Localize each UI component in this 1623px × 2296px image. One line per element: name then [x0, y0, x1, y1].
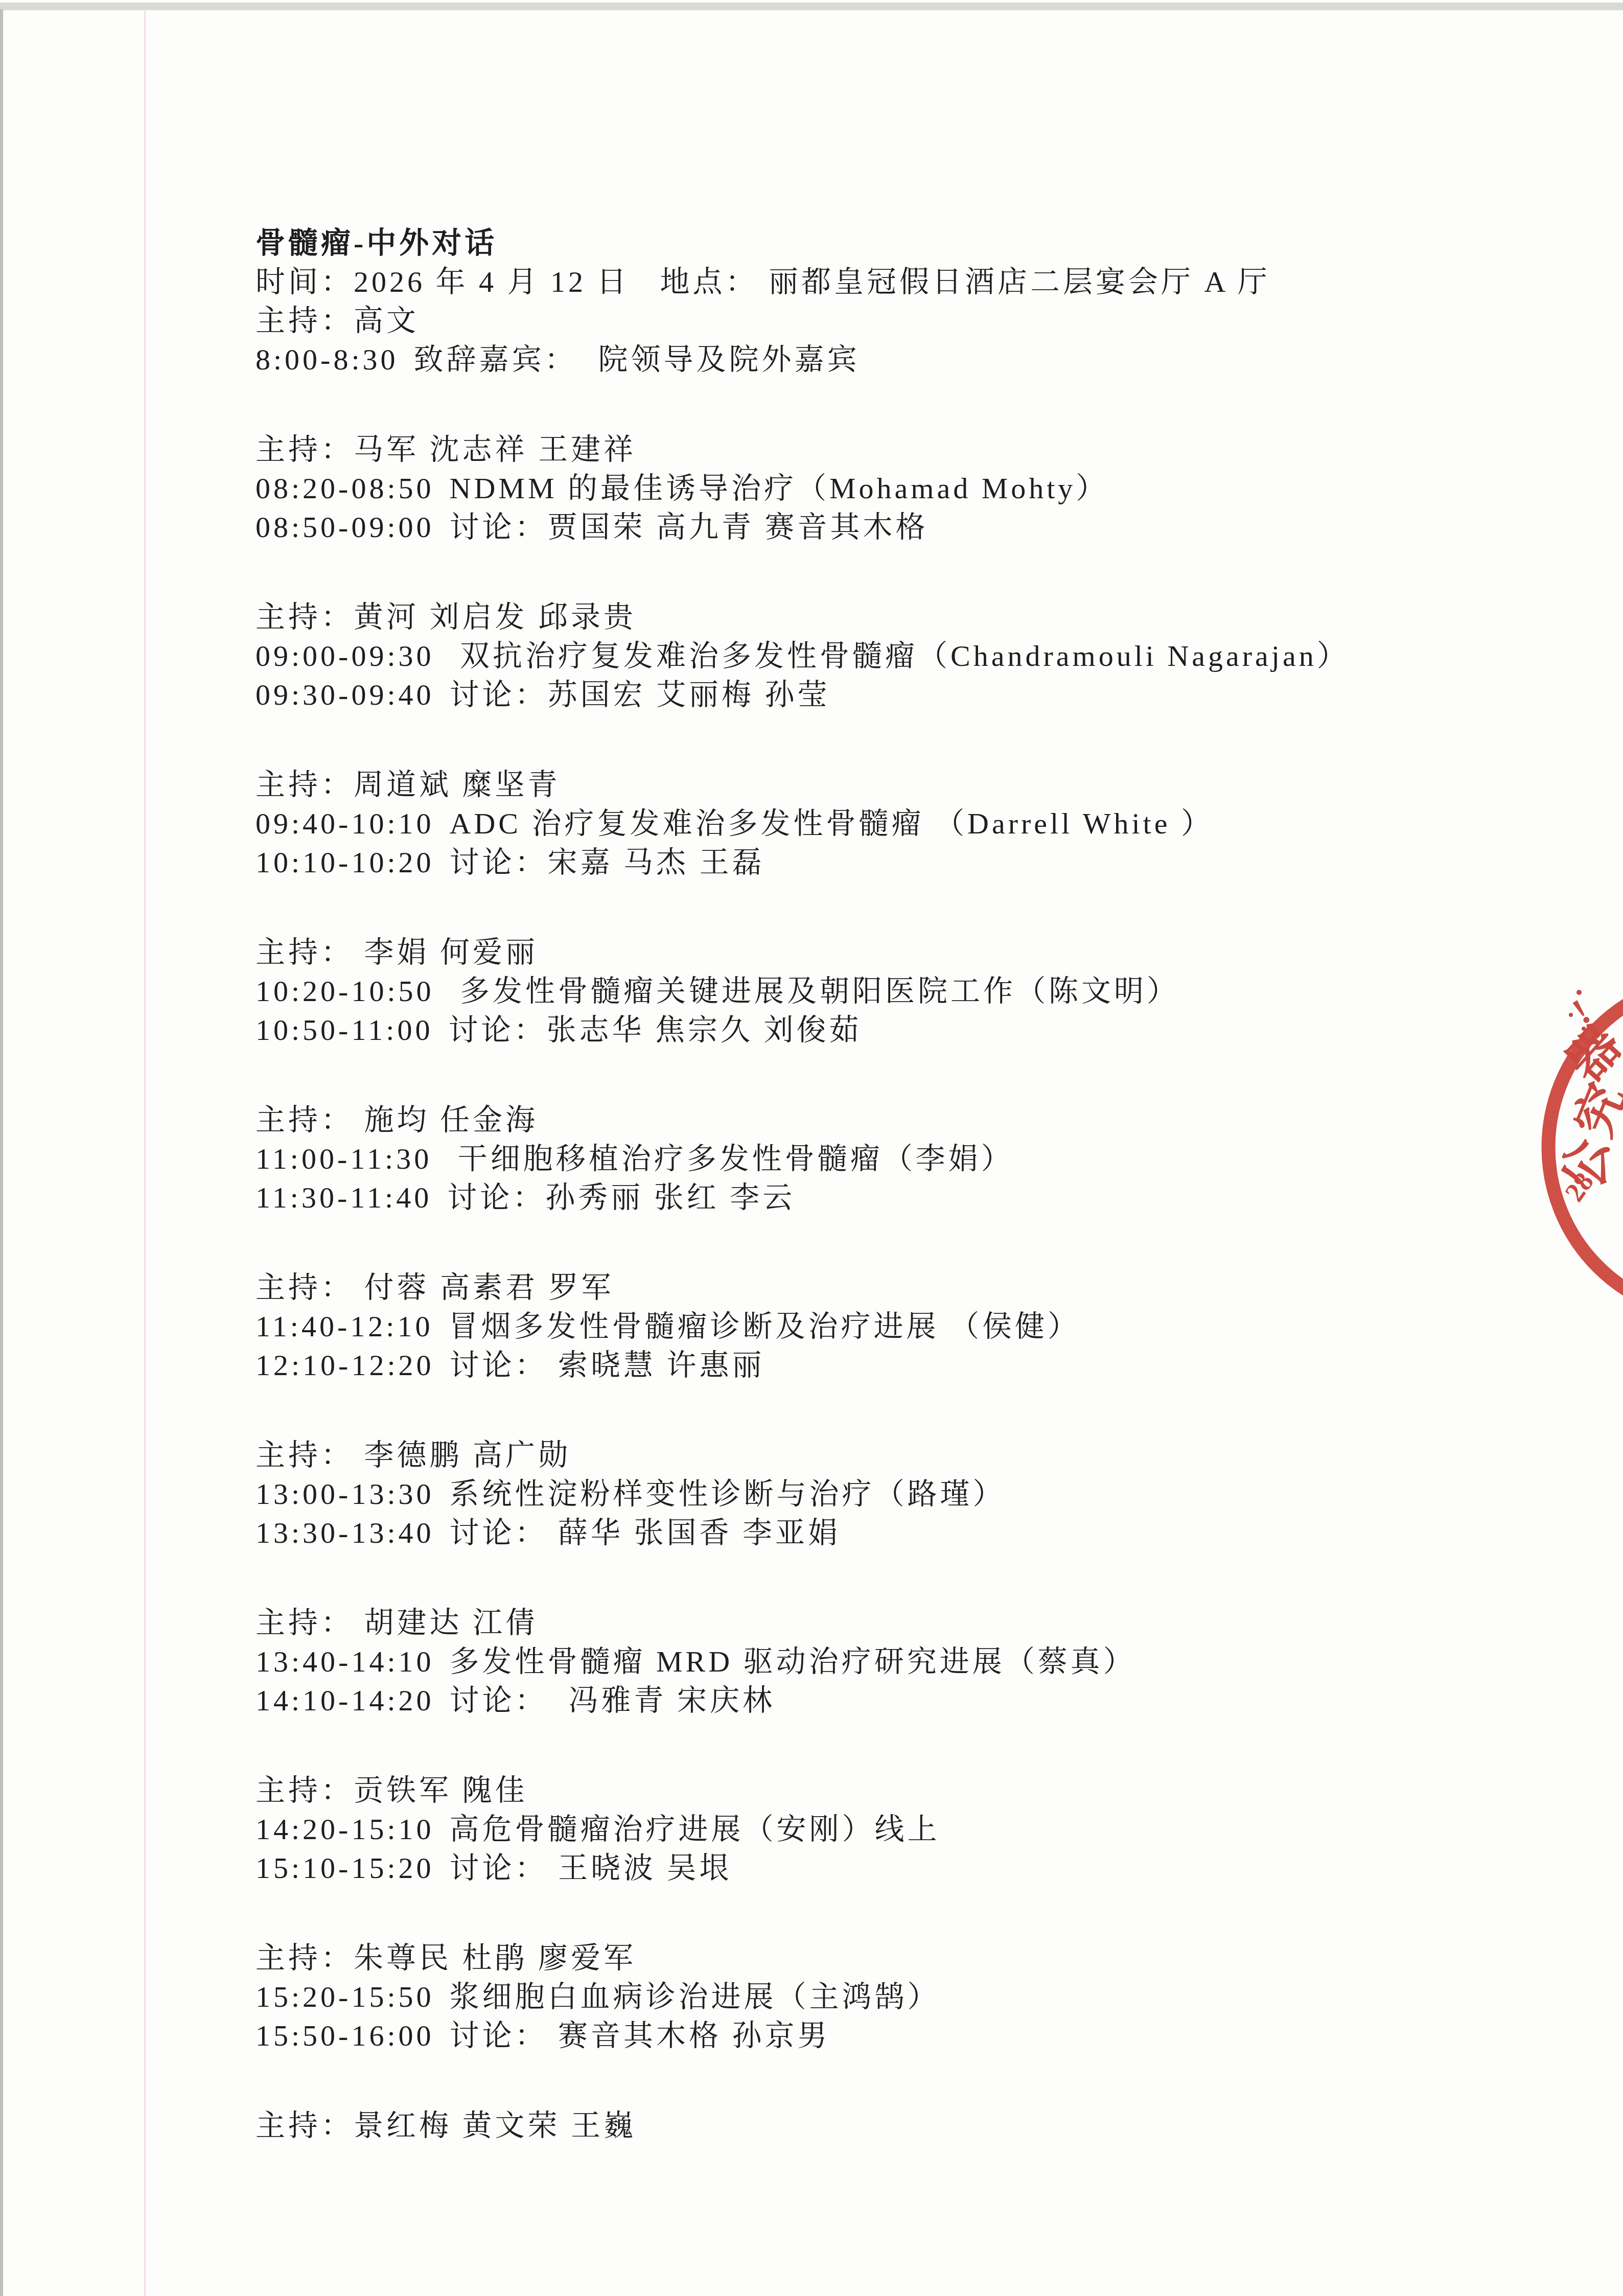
- session-row: 12:10-12:20讨论： 索晓慧 许惠丽: [256, 1346, 1533, 1385]
- session-text: 讨论： 薛华 张国香 李亚娟: [450, 1514, 841, 1552]
- session-text: 讨论：贾国荣 高九青 赛音其木格: [450, 508, 929, 547]
- session-time: 11:00-11:30: [256, 1140, 432, 1178]
- session-time: 09:40-10:10: [256, 804, 434, 843]
- session-row: 10:10-10:20讨论：宋嘉 马杰 王磊: [256, 843, 1533, 882]
- session-block: 主持： 李德鹏 高广勋 13:00-13:30系统性淀粉样变性诊断与治疗（路瑾）…: [256, 1436, 1533, 1552]
- document-body: 骨髓瘤-中外对话 时间：2026 年 4 月 12 日地点： 丽都皇冠假日酒店二…: [256, 224, 1533, 2196]
- session-block: 主持：黄河 刘启发 邱录贵 09:00-09:30 双抗治疗复发难治多发性骨髓瘤…: [256, 598, 1533, 714]
- session-row: 15:50-16:00讨论： 赛音其木格 孙京男: [256, 2016, 1533, 2055]
- session-text: 多发性骨髓瘤 MRD 驱动治疗研究进展（蔡真）: [450, 1642, 1136, 1681]
- session-row: 13:40-14:10多发性骨髓瘤 MRD 驱动治疗研究进展（蔡真）: [256, 1642, 1533, 1681]
- session-row: 14:10-14:20讨论： 冯雅青 宋庆林: [256, 1681, 1533, 1720]
- session-chairs: 主持：黄河 刘启发 邱录贵: [256, 598, 1533, 637]
- session-block: 主持： 付蓉 高素君 罗军 11:40-12:10冒烟多发性骨髓瘤诊断及治疗进展…: [256, 1268, 1533, 1385]
- session-chairs: 主持： 李娟 何爱丽: [256, 933, 1533, 972]
- session-row: 13:30-13:40讨论： 薛华 张国香 李亚娟: [256, 1514, 1533, 1552]
- meta-datetime: 时间：2026 年 4 月 12 日: [256, 265, 630, 298]
- session-text: 讨论：宋嘉 马杰 王磊: [450, 843, 765, 882]
- session-time: 13:40-14:10: [256, 1642, 434, 1681]
- session-time: 15:50-16:00: [256, 2016, 434, 2055]
- session-row: 15:10-15:20讨论： 王晓波 吴垠: [256, 1849, 1533, 1888]
- session-row: 8:00-8:30致辞嘉宾： 院领导及院外嘉宾: [256, 340, 1533, 379]
- session-row: 13:00-13:30系统性淀粉样变性诊断与治疗（路瑾）: [256, 1475, 1533, 1514]
- session-row: 10:50-11:00讨论：张志华 焦宗久 刘俊茹: [256, 1011, 1533, 1050]
- session-chairs: 主持： 胡建达 江倩: [256, 1604, 1533, 1642]
- session-text: 浆细胞白血病诊治进展（主鸿鹄）: [450, 1978, 940, 2016]
- session-time: 10:10-10:20: [256, 843, 434, 882]
- session-chairs: 主持：景红梅 黄文荣 王巍: [256, 2106, 1533, 2145]
- session-time: 13:30-13:40: [256, 1514, 434, 1552]
- session-text: 高危骨髓瘤治疗进展（安刚）线上: [450, 1810, 940, 1849]
- red-seal-stamp: 器 究 公 28 !: [1536, 945, 1623, 1344]
- session-text: ADC 治疗复发难治多发性骨髓瘤 （Darrell White ）: [450, 804, 1214, 843]
- session-time: 14:20-15:10: [256, 1810, 434, 1849]
- session-text: 讨论： 赛音其木格 孙京男: [450, 2016, 830, 2055]
- session-text: 冒烟多发性骨髓瘤诊断及治疗进展 （侯健）: [448, 1307, 1080, 1346]
- session-row: 11:00-11:30 干细胞移植治疗多发性骨髓瘤（李娟）: [256, 1140, 1533, 1178]
- session-chairs: 主持： 施均 任金海: [256, 1101, 1533, 1140]
- scan-left-edge: [0, 9, 3, 2296]
- session-text: 讨论：苏国宏 艾丽梅 孙莹: [450, 676, 830, 714]
- session-block: 主持：贡铁军 隗佳 14:20-15:10高危骨髓瘤治疗进展（安刚）线上 15:…: [256, 1771, 1533, 1888]
- session-time: 08:20-08:50: [256, 469, 434, 508]
- header-session-block: 骨髓瘤-中外对话 时间：2026 年 4 月 12 日地点： 丽都皇冠假日酒店二…: [256, 224, 1533, 379]
- session-row: 11:40-12:10冒烟多发性骨髓瘤诊断及治疗进展 （侯健）: [256, 1307, 1533, 1346]
- session-chairs: 主持：马军 沈志祥 王建祥: [256, 430, 1533, 469]
- fold-line: [144, 9, 146, 2296]
- session-text: NDMM 的最佳诱导治疗（Mohamad Mohty）: [450, 469, 1109, 508]
- session-chairs: 主持：贡铁军 隗佳: [256, 1771, 1533, 1810]
- session-row: 09:00-09:30 双抗治疗复发难治多发性骨髓瘤（Chandramouli …: [256, 637, 1533, 676]
- session-time: 10:20-10:50: [256, 972, 434, 1011]
- session-row: 08:20-08:50NDMM 的最佳诱导治疗（Mohamad Mohty）: [256, 469, 1533, 508]
- scan-top-edge: [0, 3, 1623, 10]
- session-block: 主持： 施均 任金海 11:00-11:30 干细胞移植治疗多发性骨髓瘤（李娟）…: [256, 1101, 1533, 1217]
- session-time: 10:50-11:00: [256, 1011, 433, 1050]
- session-time: 15:20-15:50: [256, 1978, 434, 2016]
- session-chairs: 主持： 李德鹏 高广勋: [256, 1436, 1533, 1475]
- session-block: 主持： 李娟 何爱丽 10:20-10:50 多发性骨髓瘤关键进展及朝阳医院工作…: [256, 933, 1533, 1050]
- session-text: 讨论：张志华 焦宗久 刘俊茹: [448, 1011, 862, 1050]
- session-chairs: 主持：高文: [256, 302, 1533, 340]
- session-text: 干细胞移植治疗多发性骨髓瘤（李娟）: [447, 1140, 1014, 1178]
- stamp-glyph: 究: [1565, 1076, 1623, 1144]
- session-time: 12:10-12:20: [256, 1346, 434, 1385]
- page-title: 骨髓瘤-中外对话: [256, 224, 1533, 263]
- session-time: 09:00-09:30: [256, 637, 434, 676]
- session-row: 08:50-09:00讨论：贾国荣 高九青 赛音其木格: [256, 508, 1533, 547]
- session-text: 系统性淀粉样变性诊断与治疗（路瑾）: [450, 1475, 1006, 1514]
- session-text: 讨论： 冯雅青 宋庆林: [450, 1681, 776, 1720]
- session-text: 多发性骨髓瘤关键进展及朝阳医院工作（陈文明）: [450, 972, 1180, 1011]
- session-time: 14:10-14:20: [256, 1681, 434, 1720]
- session-row: 09:40-10:10ADC 治疗复发难治多发性骨髓瘤 （Darrell Whi…: [256, 804, 1533, 843]
- session-text: 讨论： 王晓波 吴垠: [450, 1849, 732, 1888]
- session-block: 主持：景红梅 黄文荣 王巍: [256, 2106, 1533, 2145]
- session-text: 讨论：孙秀丽 张红 李云: [447, 1178, 795, 1217]
- session-block: 主持：周道斌 糜坚青 09:40-10:10ADC 治疗复发难治多发性骨髓瘤 （…: [256, 766, 1533, 882]
- scanned-page: 骨髓瘤-中外对话 时间：2026 年 4 月 12 日地点： 丽都皇冠假日酒店二…: [0, 0, 1623, 2296]
- stamp-dot: [1582, 1027, 1586, 1031]
- session-row: 15:20-15:50浆细胞白血病诊治进展（主鸿鹄）: [256, 1978, 1533, 2016]
- session-block: 主持： 胡建达 江倩 13:40-14:10多发性骨髓瘤 MRD 驱动治疗研究进…: [256, 1604, 1533, 1720]
- session-chairs: 主持：朱尊民 杜鹃 廖爱军: [256, 1939, 1533, 1978]
- session-time: 09:30-09:40: [256, 676, 434, 714]
- session-time: 11:30-11:40: [256, 1178, 432, 1217]
- session-text: 致辞嘉宾： 院领导及院外嘉宾: [414, 340, 860, 379]
- session-text: 双抗治疗复发难治多发性骨髓瘤（Chandramouli Nagarajan）: [450, 637, 1350, 676]
- stamp-dot: [1576, 990, 1582, 995]
- session-row: 09:30-09:40讨论：苏国宏 艾丽梅 孙莹: [256, 676, 1533, 714]
- session-row: 14:20-15:10高危骨髓瘤治疗进展（安刚）线上: [256, 1810, 1533, 1849]
- session-block: 主持：马军 沈志祥 王建祥 08:20-08:50NDMM 的最佳诱导治疗（Mo…: [256, 430, 1533, 547]
- session-time: 8:00-8:30: [256, 340, 399, 379]
- stamp-dot: [1569, 1013, 1573, 1017]
- session-block: 主持：朱尊民 杜鹃 廖爱军 15:20-15:50浆细胞白血病诊治进展（主鸿鹄）…: [256, 1939, 1533, 2055]
- session-chairs: 主持：周道斌 糜坚青: [256, 766, 1533, 804]
- meta-location: 地点： 丽都皇冠假日酒店二层宴会厅 A 厅: [660, 265, 1270, 298]
- session-time: 15:10-15:20: [256, 1849, 434, 1888]
- session-time: 11:40-12:10: [256, 1307, 433, 1346]
- session-chairs: 主持： 付蓉 高素君 罗军: [256, 1268, 1533, 1307]
- session-row: 10:20-10:50 多发性骨髓瘤关键进展及朝阳医院工作（陈文明）: [256, 972, 1533, 1011]
- doc-meta: 时间：2026 年 4 月 12 日地点： 丽都皇冠假日酒店二层宴会厅 A 厅: [256, 263, 1533, 302]
- session-text: 讨论： 索晓慧 许惠丽: [450, 1346, 765, 1385]
- session-time: 13:00-13:30: [256, 1475, 434, 1514]
- session-row: 11:30-11:40讨论：孙秀丽 张红 李云: [256, 1178, 1533, 1217]
- session-time: 08:50-09:00: [256, 508, 434, 547]
